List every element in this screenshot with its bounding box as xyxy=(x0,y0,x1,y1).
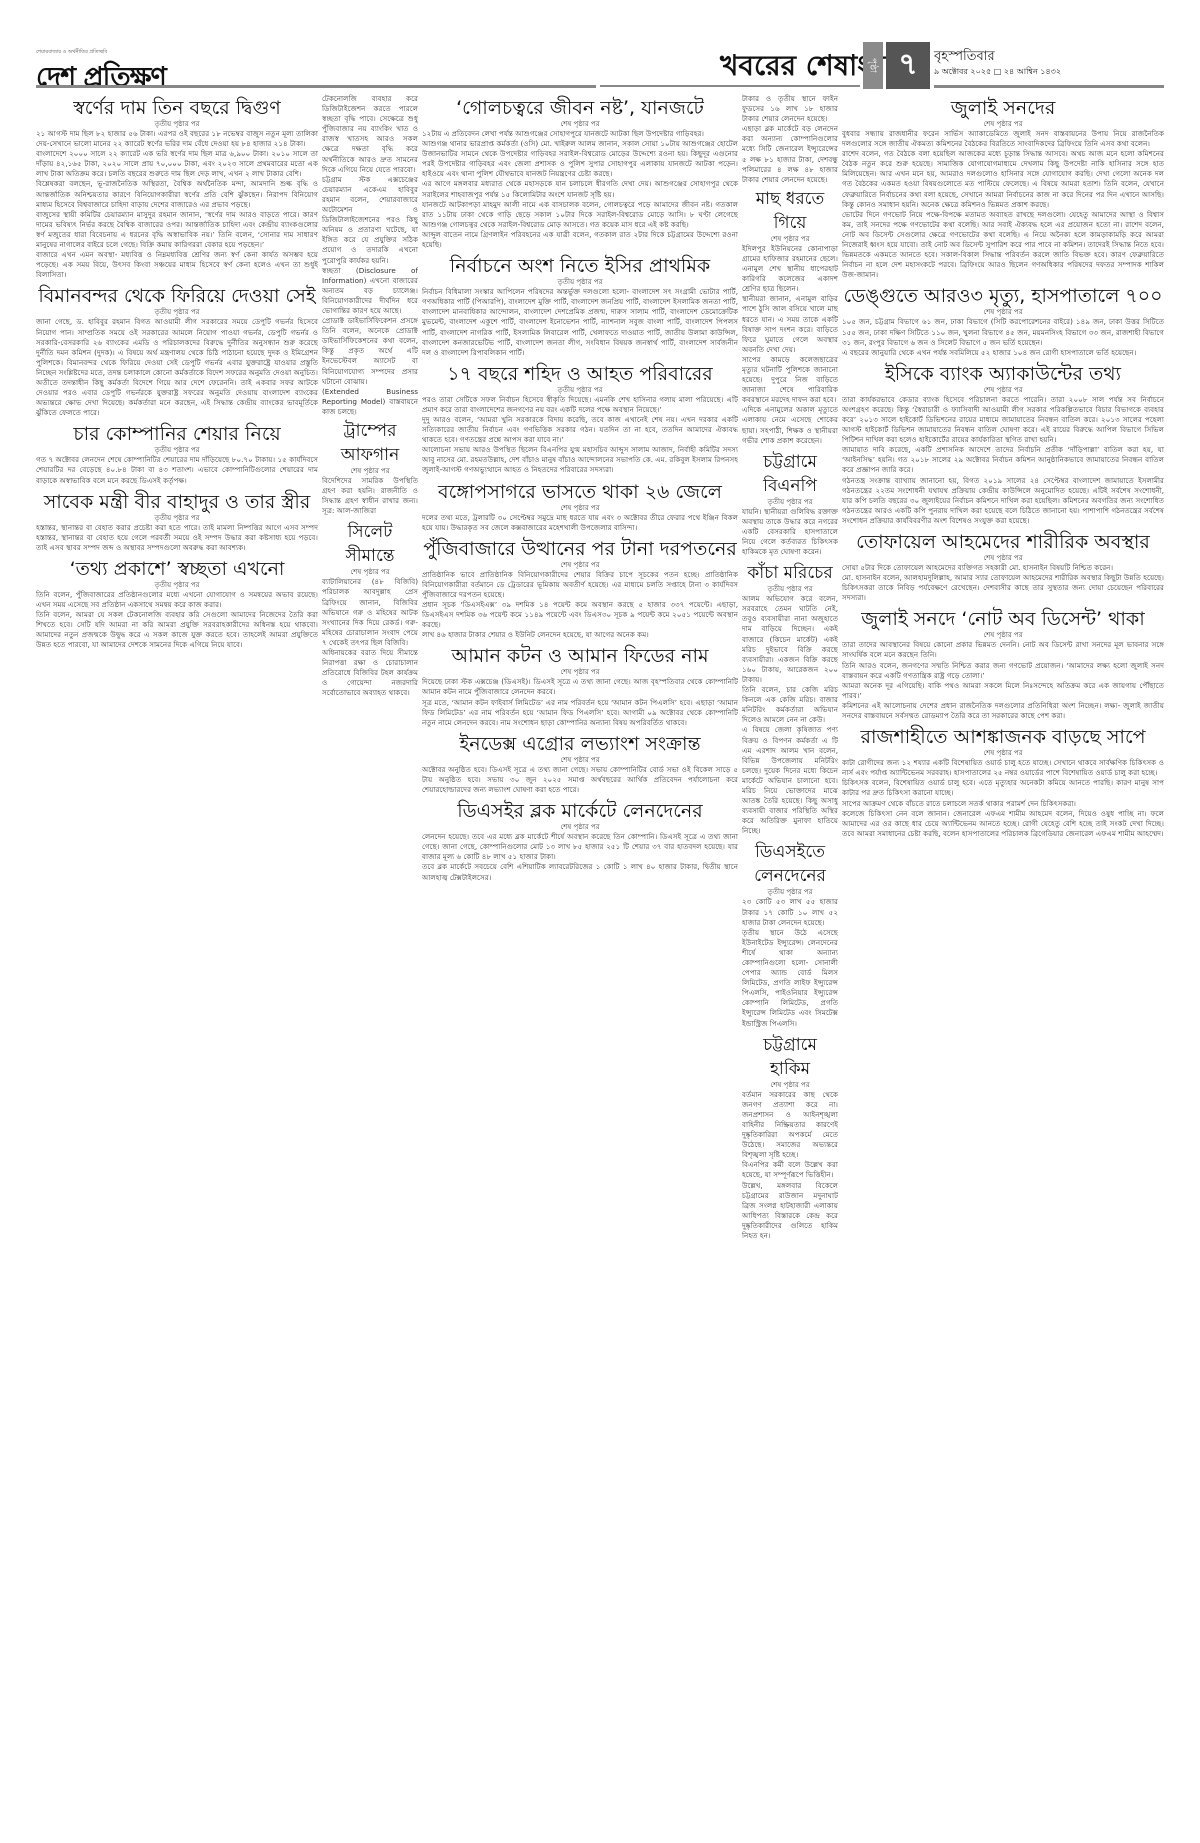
paragraph: আলোচনা সভায় আরও উপস্থিত ছিলেন বিএনপির য… xyxy=(422,445,738,475)
paragraph: বাজারে এখন এমন অবস্থা- মধ্যবিত্ত ও নিম্ন… xyxy=(36,250,318,280)
story-transparency: ‘তথ্য প্রকাশে’ স্বচ্ছতা এখনো তৃতীয় পৃষ্… xyxy=(36,557,318,651)
story-index-agro: ইনডেক্স এগ্রোর লভ্যাংশ সংক্রান্ত শেষ পৃষ… xyxy=(422,732,738,795)
paragraph: ইদিলপুর ইউনিয়নের কোনাপাড়া গ্রামের হাফি… xyxy=(742,244,838,294)
paragraph: যানজটে আটকাপড়া মাহমুদ আলী নামে এক বাসচা… xyxy=(422,200,738,230)
paragraph: এদিকে এনামুলের অকাল মৃত্যুতে এলাকায় নেম… xyxy=(742,405,838,445)
story-dse-turnover: ডিএসইতে লেনদেনের তৃতীয় পৃষ্ঠার পর ২৩ কো… xyxy=(742,840,838,1028)
paragraph: পরও তারা সেটিকে সফল নির্বাচন হিসেবে স্বী… xyxy=(422,395,738,415)
jump-line: শেষ পৃষ্ঠার পর xyxy=(842,386,1164,395)
story-block-market: ডিএসইর ব্লক মার্কেটে লেনদেনের শেষ পৃষ্ঠা… xyxy=(422,799,738,882)
headline: তোফায়েল আহমেদের শারীরিক অবস্থার xyxy=(842,530,1164,554)
jump-line: তৃতীয় পৃষ্ঠার পর xyxy=(36,446,318,455)
paragraph: বুধবার সন্ধ্যায় রাজধানীর ফরেন সার্ভিস অ… xyxy=(842,129,1164,149)
paragraph: জামায়াত দাবি করেছে, একটি প্রশাসনিক আদেশ… xyxy=(842,445,1164,475)
jump-line: শেষ পৃষ্ঠার পর xyxy=(422,561,738,570)
jump-line: শেষ পৃষ্ঠার পর xyxy=(422,756,738,765)
headline: ইসিকে ব্যাংক অ্যাকাউন্টের তথ্য xyxy=(842,362,1164,386)
jump-line: শেষ পৃষ্ঠার পর xyxy=(742,235,838,244)
story-rajshahi-snakebite: রাজশাহীতে আশঙ্কাজনক বাড়ছে সাপে শেষ পৃষ্… xyxy=(842,725,1164,839)
paragraph: লাখ ৪৬ হাজার টাকার শেয়ার ও ইউনিট লেনদেন… xyxy=(422,630,738,640)
headline: ইনডেক্স এগ্রোর লভ্যাংশ সংক্রান্ত xyxy=(422,732,738,756)
column-left: স্বর্ণের দাম তিন বছরে দ্বিগুণ তৃতীয় পৃষ… xyxy=(36,94,318,1834)
paragraph: বাজুসের স্থায়ী কমিটির চেয়ারম্যান মাসুদ… xyxy=(36,210,318,250)
paragraph: তৃতীয় স্থানে উঠে এসেছে ইউনাইটেড ইন্স্যু… xyxy=(742,928,838,1029)
story-note-of-dissent: জুলাই সনদে ‘নোট অব ডিসেন্ট’ থাকা শেষ পৃষ… xyxy=(842,607,1164,721)
masthead: শেয়ারবাজার ও অর্থনীতির প্রতিচ্ছবি দেশ প… xyxy=(0,0,1200,92)
paragraph: তবে ব্লক মার্কেটে সবচেয়ে বেশি এশিয়াটিক… xyxy=(422,862,738,882)
headline: ‘তথ্য প্রকাশে’ স্বচ্ছতা এখনো xyxy=(36,557,318,581)
paragraph: প্রধান সূচক ‘ডিএসইএক্স’ ৩৯ দশমিক ১৪ পয়ে… xyxy=(422,600,738,630)
jump-line: শেষ পৃষ্ঠার পর xyxy=(842,308,1164,317)
paragraph: স্বচ্ছতা (Disclosure of Information) এখন… xyxy=(322,266,418,316)
paragraph: দুদু আরও বলেন, ‘আমরা খুনি সরকারকে বিদায়… xyxy=(422,415,738,445)
story-bay-of-bengal: বঙ্গোপসাগরে ভাসতে থাকা ২৬ জেলে শেষ পৃষ্ঠ… xyxy=(422,480,738,533)
paragraph: বর্তমান সরকারের কাছ থেকে জনগণ প্রত্যাশা … xyxy=(742,1090,838,1161)
paragraph: ব্যাটালিয়ানের (৪৮ বিজিবি) পরিচালক আবদুল… xyxy=(322,577,418,648)
jump-line: তৃতীয় পৃষ্ঠার পর xyxy=(36,308,318,317)
headline: মাছ ধরতে গিয়ে xyxy=(742,187,838,235)
paragraph: সাপের আক্রমণ থেকে বাঁচতে রাতে চলাচলে সতর… xyxy=(842,799,1164,809)
story-martyr-families: ১৭ বছরে শহিদ ও আহত পরিবারের তৃতীয় পৃষ্ঠ… xyxy=(422,362,738,476)
story-fishing: টাকার ও তৃতীয় স্থানে ফাইন ফুডসের ১৬ লাখ… xyxy=(742,94,838,446)
paragraph: বিশ্লেষকরা বলছেন, ভূ-রাজনৈতিক অস্থিরতা, … xyxy=(36,179,318,209)
page-number: ৭ xyxy=(886,42,930,89)
paragraph: চট্টগ্রাম স্টক এক্সচেঞ্জের চেয়ারম্যান এ… xyxy=(322,175,418,266)
jump-line: শেষ পৃষ্ঠার পর xyxy=(322,467,418,476)
jump-line: শেষ পৃষ্ঠার পর xyxy=(842,631,1164,640)
paragraph: দলের তথ্য মতে, ট্রলারটি ৩০ সেপ্টেম্বর সম… xyxy=(422,513,738,533)
headline: ডিএসইর ব্লক মার্কেটে লেনদেনের xyxy=(422,799,738,823)
paragraph: বিএনপির কর্মী বলে উল্লেখ করা হয়েছে, যা … xyxy=(742,1160,838,1180)
paragraph: সোয়া ৫টার দিকে তোফায়েল আহমেদের ব্যক্তি… xyxy=(842,563,1164,573)
paragraph: ১২টায় এ প্রতিবেদন লেখা পর্যন্ত আশুগঞ্জে… xyxy=(422,129,738,139)
story-ctg-hakim: চট্টগ্রামে হাকিম শেষ পৃষ্ঠার পর বর্তমান … xyxy=(742,1033,838,1241)
story-sylhet-border: সিলেট সীমান্তে শেষ পৃষ্ঠার পর ব্যাটালিয়… xyxy=(322,520,418,698)
paragraph: টাকার ও তৃতীয় স্থানে ফাইন ফুডসের ১৬ লাখ… xyxy=(742,94,838,124)
headline: চট্টগ্রামে বিএনপি xyxy=(742,450,838,498)
section-title: খবরের শেষাংশ xyxy=(720,44,886,91)
story-golchattar: ‘গোলচত্বরে জীবন নষ্ট’, যানজটে শেষ পৃষ্ঠা… xyxy=(422,96,738,250)
story-dengue: ডেঙ্গুতে আরও৩ মৃত্যু, হাসপাতালে ৭০০ শেষ … xyxy=(842,284,1164,357)
paragraph: উল্লেখ, মঙ্গলবার বিকেলে চট্টগ্রামের রাউজ… xyxy=(742,1181,838,1242)
masthead-rule-left xyxy=(36,85,596,88)
story-gold-price: স্বর্ণের দাম তিন বছরে দ্বিগুণ তৃতীয় পৃষ… xyxy=(36,96,318,280)
paragraph: নির্বাচন বিধিমালা সংস্কার আপিলেন পরিষদের… xyxy=(422,287,738,358)
jump-line: শেষ পৃষ্ঠার পর xyxy=(842,554,1164,563)
paragraph: আশুগঞ্জ থানার ভারপ্রাপ্ত কর্মকর্তা (ওসি)… xyxy=(422,139,738,179)
paragraph: প্রোডাক্ট ডাইভার্সিফিকেশন প্রসঙ্গে তিনি … xyxy=(322,316,418,387)
story-ctg-bnp: চট্টগ্রামে বিএনপি তৃতীয় পৃষ্ঠার পর যায়… xyxy=(742,450,838,557)
brand-tagline: শেয়ারবাজার ও অর্থনীতির প্রতিচ্ছবি xyxy=(36,49,166,57)
paragraph: প্রাতিষ্ঠানিক ভাবে প্রাতিষ্ঠানিক বিনিয়ো… xyxy=(422,570,738,600)
jump-line: তৃতীয় পৃষ্ঠার পর xyxy=(36,514,318,523)
paragraph: কাটা রোগীদের জন্য ১২ শয্যার একটি বিশেষায… xyxy=(842,758,1164,778)
paragraph: (Extended Business Reporting Model) বাস্… xyxy=(322,387,418,417)
headline: ‘গোলচত্বরে জীবন নষ্ট’, যানজটে xyxy=(422,96,738,120)
headline: কাঁচা মরিচের xyxy=(742,561,838,585)
story-july-charter: জুলাই সনদের শেষ পৃষ্ঠার পর বুধবার সন্ধ্য… xyxy=(842,96,1164,280)
paragraph: তারা কার্যকরভাবে কেডার ব্যাংক হিসেবে পরি… xyxy=(842,395,1164,445)
paragraph: মো. হাসনাইন বলেন, আলহামদুলিল্লাহ, আমার স… xyxy=(842,573,1164,603)
jump-line: তৃতীয় পৃষ্ঠার পর xyxy=(742,498,838,507)
paragraph: ২১ আগস্ট দাম ছিল ৮২ হাজার ৫৬ টাকা। এরপর … xyxy=(36,129,318,149)
paragraph: এর আগে মঙ্গলবার মধ্যরাত থেকে মহাসড়কে যা… xyxy=(422,179,738,199)
paragraph: হস্তান্তর, স্থানান্তর বা বেহাত করার প্রচ… xyxy=(36,523,318,553)
story-ec-bank-account: ইসিকে ব্যাংক অ্যাকাউন্টের তথ্য শেষ পৃষ্ঠ… xyxy=(842,362,1164,526)
jump-line: শেষ পৃষ্ঠার পর xyxy=(422,823,738,832)
paragraph: তারা তাদের আবস্থানের বিষয়ে কোনো প্রকার … xyxy=(842,640,1164,660)
paragraph: ১০৫ জন, চট্টগ্রাম বিভাগে ৬১ জন, ঢাকা বিভ… xyxy=(842,317,1164,347)
headline: চার কোম্পানির শেয়ার নিয়ে xyxy=(36,422,318,446)
paragraph: যায়নি। স্থানীয়রা গুলিবিদ্ধ রক্তাক্ত অব… xyxy=(742,507,838,557)
jump-line: শেষ পৃষ্ঠার পর xyxy=(842,120,1164,129)
headline: ডিএসইতে লেনদেনের xyxy=(742,840,838,888)
headline: নির্বাচনে অংশ নিতে ইসির প্রাথমিক xyxy=(422,254,738,278)
paragraph: সূত্র মতে, ‘আমান কটন ফাইবার্স লিমিটেড’ এ… xyxy=(422,698,738,728)
paragraph: আমরা অনেক দূর এগিয়েছি। বাকি পথও আমরা সক… xyxy=(842,681,1164,701)
jump-line: তৃতীয় পৃষ্ঠার পর xyxy=(742,888,838,897)
story-ec-registration: নির্বাচনে অংশ নিতে ইসির প্রাথমিক তৃতীয় … xyxy=(422,254,738,358)
headline: সাবেক মন্ত্রী বীর বাহাদুর ও তার স্ত্রীর xyxy=(36,490,318,514)
headline: আমান কটন ও আমান ফিডের নাম xyxy=(422,644,738,668)
paragraph: অক্টোবর অনুষ্ঠিত হবে। ডিএসই সূত্রে এ তথ্… xyxy=(422,765,738,795)
story-green-chili: কাঁচা মরিচের তৃতীয় পৃষ্ঠার পর আলম অভিযো… xyxy=(742,561,838,836)
headline: ডেঙ্গুতে আরও৩ মৃত্যু, হাসপাতালে ৭০০ xyxy=(842,284,1164,308)
paragraph: স্থানীয়রা জানান, এনামুল বাড়ির পাশে ঠুস… xyxy=(742,294,838,355)
jump-line: তৃতীয় পৃষ্ঠার পর xyxy=(422,278,738,287)
masthead-rule-right xyxy=(934,85,1164,88)
paragraph: এ বিষয়ে জেলা কৃষিজাত পণ্য বিক্রয় ও বিপ… xyxy=(742,725,838,836)
headline: রাজশাহীতে আশঙ্কাজনক বাড়ছে সাপে xyxy=(842,725,1164,749)
story-four-companies: চার কোম্পানির শেয়ার নিয়ে তৃতীয় পৃষ্ঠা… xyxy=(36,422,318,485)
column-right: জুলাই সনদের শেষ পৃষ্ঠার পর বুধবার সন্ধ্য… xyxy=(842,94,1164,1834)
jump-line: তৃতীয় পৃষ্ঠার পর xyxy=(742,585,838,594)
paragraph: এ বছরের জানুয়ারি থেকে এখন পর্যন্ত সবমিল… xyxy=(842,348,1164,358)
jump-line: শেষ পৃষ্ঠার পর xyxy=(742,1081,838,1090)
jump-line: শেষ পৃষ্ঠার পর xyxy=(322,568,418,577)
issue-day: বৃহস্পতিবার xyxy=(934,47,995,68)
paragraph: তিনি বলেন, আমরা যে সকল টেকনোলজি ব্যবহার … xyxy=(36,610,318,650)
paragraph: ২৩ কোটি ৫৩ লাখ ৫৫ হাজার টাকার ১৭ কোটি ১০… xyxy=(742,897,838,927)
paragraph: লেনদেন হয়েছে। তবে এর মধ্যে ব্লক মার্কেট… xyxy=(422,832,738,862)
story-trump-afghan: ট্রাম্পের আফগান শেষ পৃষ্ঠার পর বিদেশিদের… xyxy=(322,419,418,516)
story-tofail-health: তোফায়েল আহমেদের শারীরিক অবস্থার শেষ পৃষ… xyxy=(842,530,1164,603)
paragraph: সাপের কামড়ে কলেজছাত্রের মৃত্যুর ঘটনাটি … xyxy=(742,355,838,405)
headline: স্বর্ণের দাম তিন বছরে দ্বিগুণ xyxy=(36,96,318,120)
headline: জুলাই সনদে ‘নোট অব ডিসেন্ট’ থাকা xyxy=(842,607,1164,631)
headline: ১৭ বছরে শহিদ ও আহত পরিবারের xyxy=(422,362,738,386)
story-stock-fall: পুঁজিবাজারে উত্থানের পর টানা দরপতনের শেষ… xyxy=(422,537,738,641)
headline: পুঁজিবাজারে উত্থানের পর টানা দরপতনের xyxy=(422,537,738,561)
headline: বঙ্গোপসাগরে ভাসতে থাকা ২৬ জেলে xyxy=(422,480,738,504)
story-airport: বিমানবন্দর থেকে ফিরিয়ে দেওয়া সেই তৃতীয… xyxy=(36,284,318,418)
paragraph: তিনি বলেন, চার কেজি মরিচ কিনলে এক কেজি ম… xyxy=(742,685,838,725)
paragraph: গঠনতন্ত্র সংক্রান্ত ব্যাখ্যায় জানানো হয… xyxy=(842,476,1164,526)
paragraph: বিদেশিদের সামরিক উপস্থিতি গ্রহণ করা হয়ন… xyxy=(322,476,418,516)
paragraph: তিনি আরও বলেন, জনগণের সম্মতি নিশ্চিত করা… xyxy=(842,661,1164,681)
paragraph: টেকনোলজি ব্যবহার করে ডিজিটাইজেশন করতে পা… xyxy=(322,94,418,175)
story-former-minister: সাবেক মন্ত্রী বীর বাহাদুর ও তার স্ত্রীর … xyxy=(36,490,318,553)
jump-line: তৃতীয় পৃষ্ঠার পর xyxy=(36,581,318,590)
paragraph: তিনি বলেন, পুঁজিবাজারের প্রতিষ্ঠানগুলোর … xyxy=(36,590,318,610)
paragraph: আব্দুল বাতেন নামে গ্রিণলাইন পরিবহনের এক … xyxy=(422,230,738,250)
column-middle: ‘গোলচত্বরে জীবন নষ্ট’, যানজটে শেষ পৃষ্ঠা… xyxy=(422,94,738,1834)
paragraph: কলেজে চিকিৎসা নেন বলে জানান। জেনারেল এফএ… xyxy=(842,809,1164,839)
issue-date: ৯ অক্টোবর ২০২৫ □ ২৪ আশ্বিন ১৪৩২ xyxy=(934,66,1061,79)
paragraph: জানা গেছে, ড. হাবিবুর রহমান বিগত আওয়ামী… xyxy=(36,317,318,418)
paragraph: দিয়েছে ঢাকা স্টক এক্সচেঞ্জ (ডিএসই)। ডিএ… xyxy=(422,677,738,697)
headline: চট্টগ্রামে হাকিম xyxy=(742,1033,838,1081)
jump-line: শেষ পৃষ্ঠার পর xyxy=(422,668,738,677)
column-tech: টেকনোলজি ব্যবহার করে ডিজিটাইজেশন করতে পা… xyxy=(322,94,418,1834)
paragraph: এছাড়া ব্লক মার্কেটে বড় লেনদেন করা অন্য… xyxy=(742,124,838,185)
paragraph: গত ৭ অক্টোবর লেনদেন শেষে কোম্পানিটির শেয… xyxy=(36,455,318,485)
paragraph: ভোটের দিনে গণভোট নিয়ে পক্ষে-বিপক্ষে মতা… xyxy=(842,210,1164,281)
paragraph: আলম অভিযোগ করে বলেন, সরবরাহে তেমন ঘাটতি … xyxy=(742,594,838,685)
jump-line: শেষ পৃষ্ঠার পর xyxy=(422,120,738,129)
headline: জুলাই সনদের xyxy=(842,96,1164,120)
jump-line: শেষ পৃষ্ঠার পর xyxy=(422,504,738,513)
paragraph: অধিনায়কের বরাত দিয়ে সীমান্তে নিরাপত্তা… xyxy=(322,648,418,698)
paragraph: বাংলাদেশে ২০০০ সালে ২২ ক্যারেট এক ভরি স্… xyxy=(36,149,318,179)
paragraph: কমিশনের এই আলোচনায় দেশের প্রধান রাজনৈতি… xyxy=(842,701,1164,721)
headline: ট্রাম্পের আফগান xyxy=(322,419,418,467)
page-label: পৃষ্ঠা xyxy=(863,42,883,89)
jump-line: তৃতীয় পৃষ্ঠার পর xyxy=(36,120,318,129)
story-aman-cotton: আমান কটন ও আমান ফিডের নাম শেষ পৃষ্ঠার পর… xyxy=(422,644,738,727)
jump-line: শেষ পৃষ্ঠার পর xyxy=(842,749,1164,758)
headline: বিমানবন্দর থেকে ফিরিয়ে দেওয়া সেই xyxy=(36,284,318,308)
paragraph: চিকিৎসক বলেন, বিশেষায়িত ওয়ার্ড চালু হব… xyxy=(842,778,1164,798)
headline: সিলেট সীমান্তে xyxy=(322,520,418,568)
newspaper-name: দেশ প্রতিক্ষণ xyxy=(36,62,166,93)
paragraph: রাশেদ বলেন, গত বৈঠকে বলা হয়েছিল আজকের ম… xyxy=(842,149,1164,210)
jump-line: তৃতীয় পৃষ্ঠার পর xyxy=(422,386,738,395)
column-narrow-right: টাকার ও তৃতীয় স্থানে ফাইন ফুডসের ১৬ লাখ… xyxy=(742,94,838,1834)
